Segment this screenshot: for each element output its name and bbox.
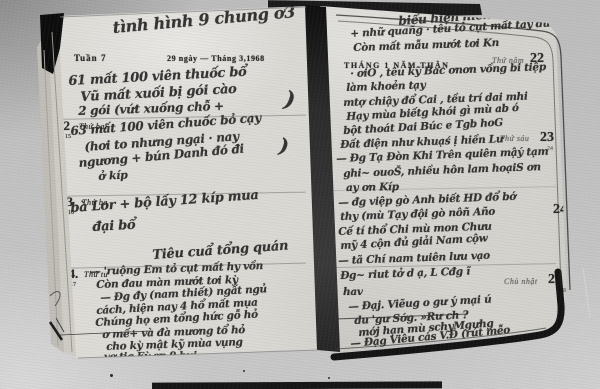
handwriting-line: Đg~ riut tở d ạ, L Cđg ĩ: [340, 265, 470, 282]
handwriting-line: ): [278, 133, 290, 158]
handwriting-line: ở kíp: [98, 168, 128, 183]
handwriting-line: ghi~ ouoŠ, nhiều hôn lam hoạiS ơn: [343, 161, 541, 180]
weekday-label: Thứ tư: [84, 270, 108, 279]
day-number: 24: [553, 202, 567, 218]
day-number: 25: [548, 272, 562, 288]
handwriting-line: đại bổ: [92, 218, 136, 235]
handwriting-line: Tiêu cuẩ tổng quán: [152, 239, 289, 263]
weekday-label: Thứ năm: [492, 56, 524, 65]
dust-speck: [328, 377, 330, 379]
lunar-date: 28: [560, 288, 566, 294]
photo-bottom-edge: [152, 381, 442, 389]
dust-speck: [110, 374, 113, 377]
day-number: 23: [540, 130, 554, 146]
lunar-date: 24: [547, 146, 553, 152]
handwriting-line: — Đạj. Viẽug o gư ý mại ú: [348, 294, 492, 313]
day-number: 22: [530, 51, 544, 67]
dust-speck: [243, 370, 245, 372]
handwriting-line: Còn mất mẫu mướt tơi Kn: [353, 37, 499, 54]
lunar-date: 15: [65, 134, 71, 140]
handwriting-line: vơ tig Eỳ ơn 9 hui: [104, 350, 197, 363]
handwriting-line: ): [282, 86, 296, 113]
diary-photograph: Tuần 7 29 ngày — Tháng 3,1968 tình hình …: [0, 0, 600, 389]
week-label: Tuần 7: [74, 53, 106, 63]
weekday-label: Thứ sáu: [500, 134, 529, 143]
weekday-label: Chủ nhật: [504, 277, 538, 286]
handwriting-line: làm khoẻn tạy: [346, 79, 426, 94]
lunar-date: 16: [68, 210, 74, 216]
handwriting-line: hav: [343, 286, 363, 298]
dateline-label: 29 ngày — Tháng 3,1968: [167, 54, 265, 63]
weekday-label: Thứ hai: [79, 122, 108, 131]
photo-scratch: [583, 268, 590, 318]
weekday-label: Thứ ba: [82, 198, 108, 207]
handwriting-line: ay ơn Kíp: [346, 181, 399, 194]
